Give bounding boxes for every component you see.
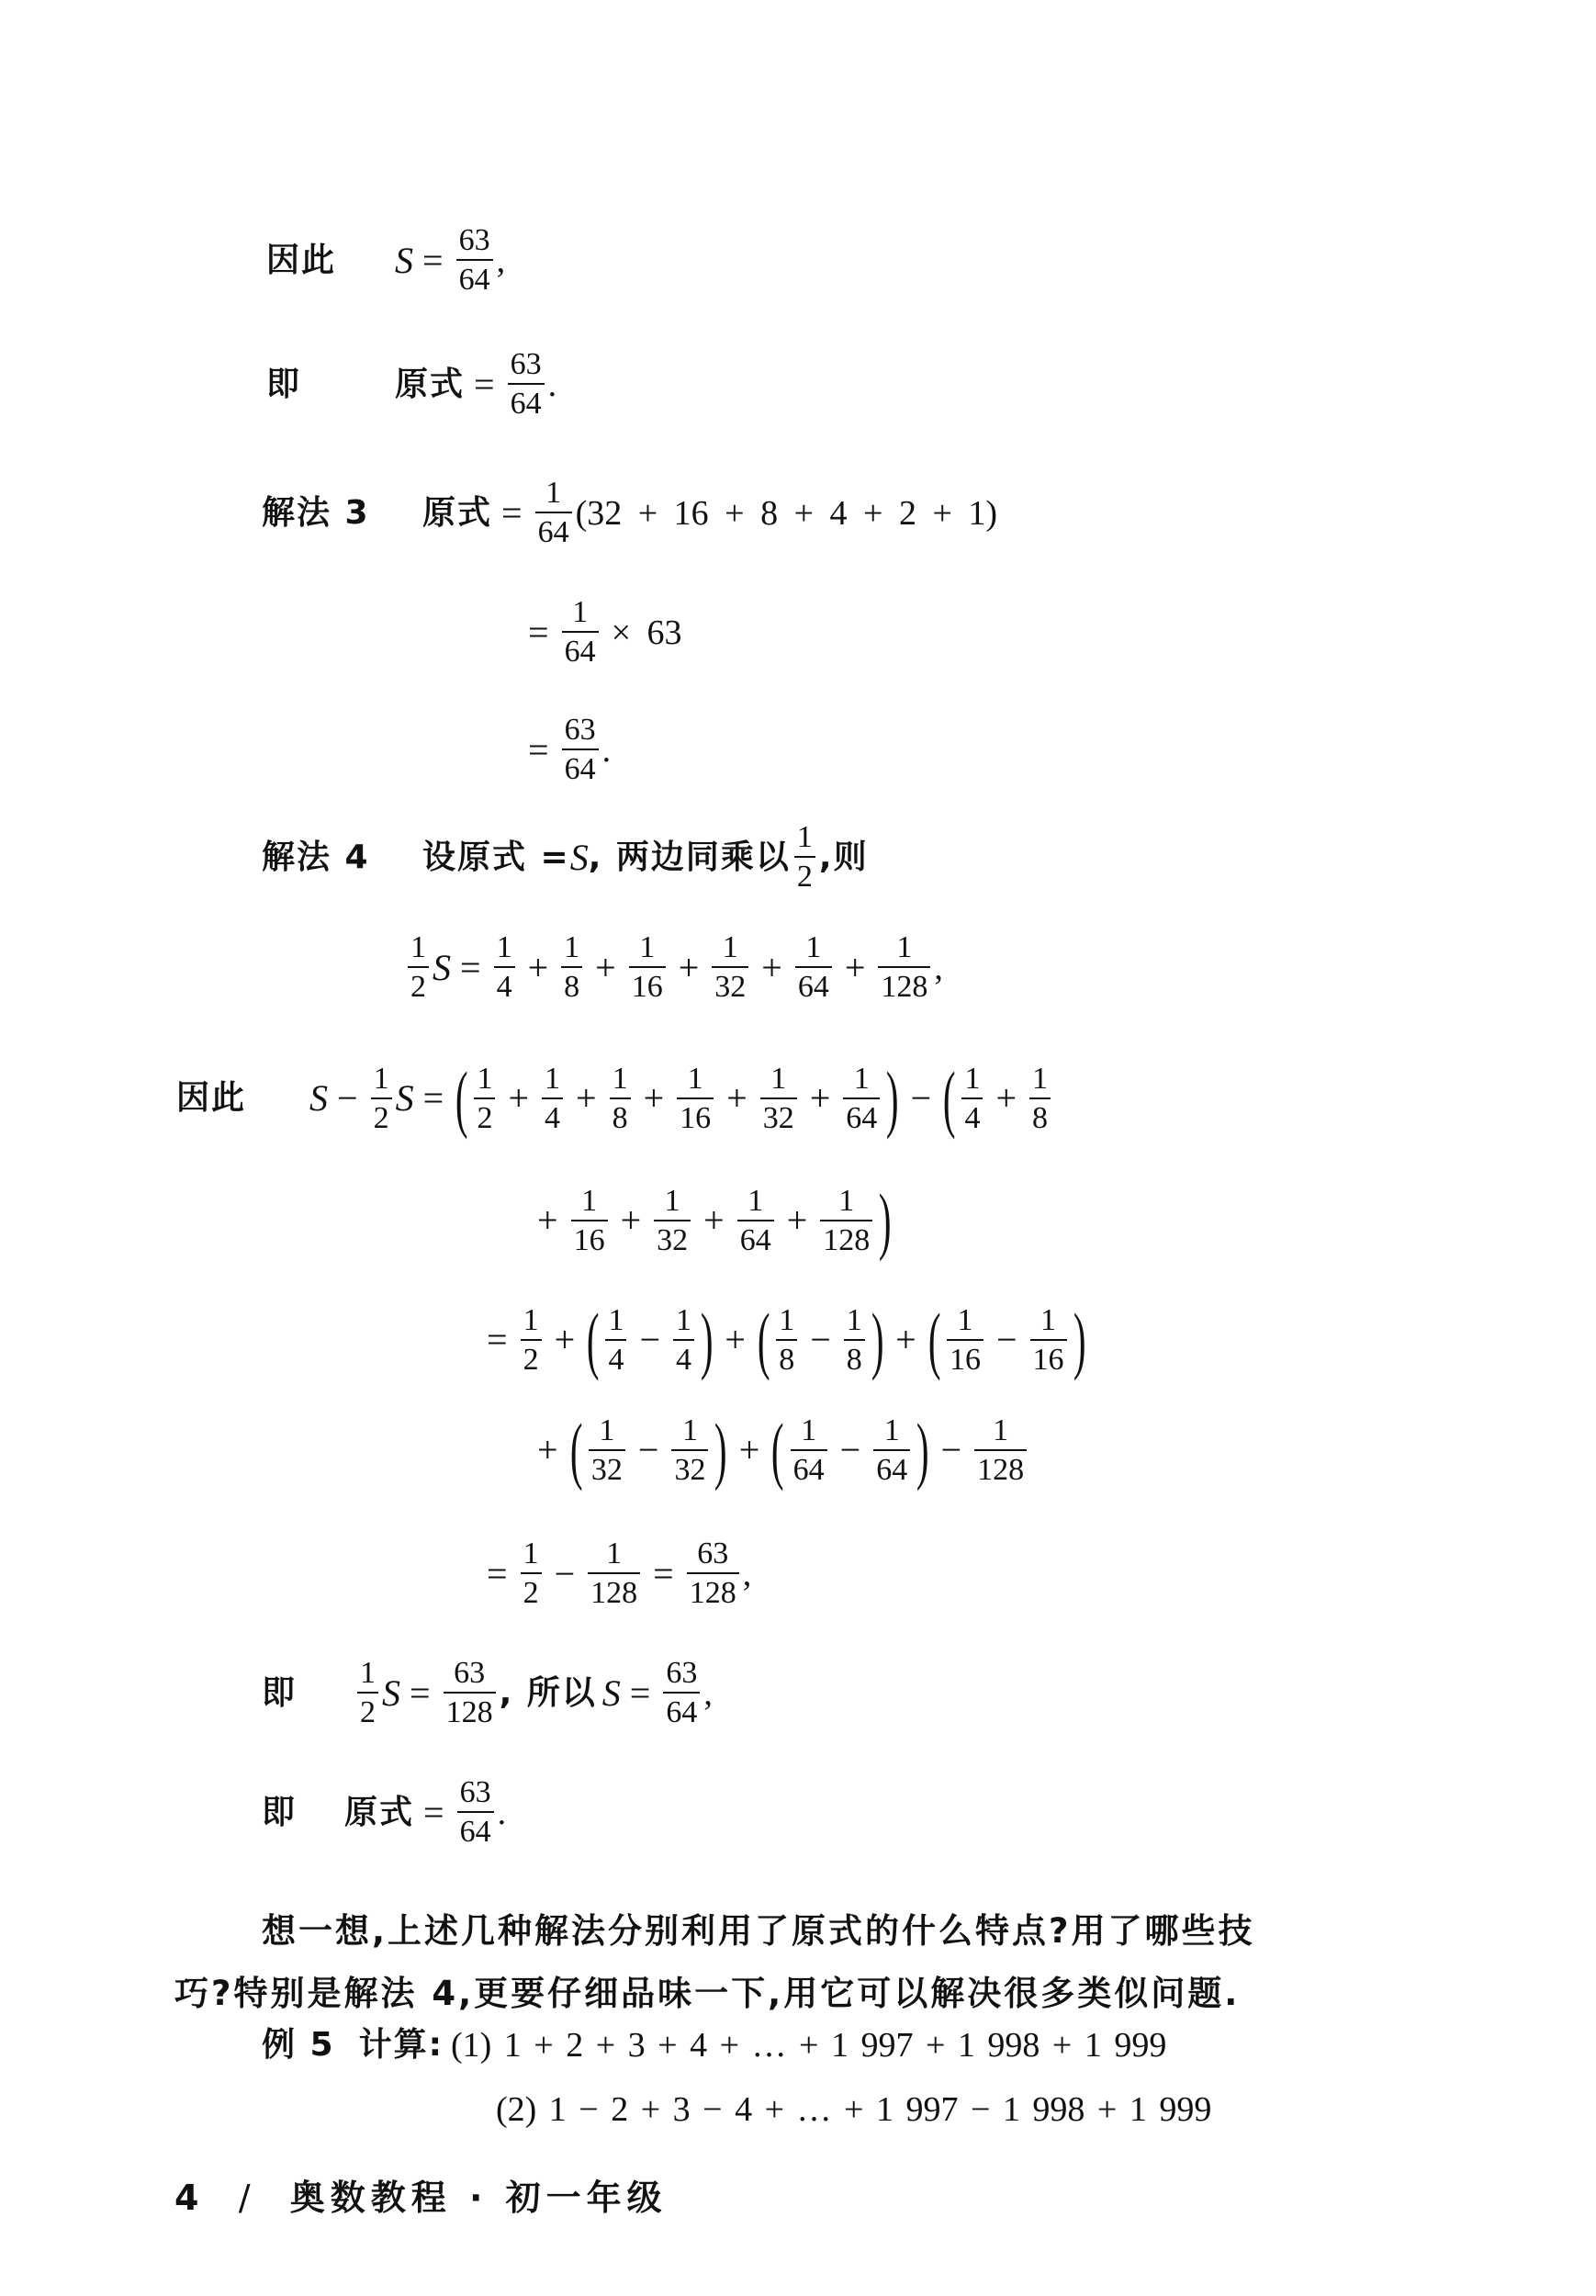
numerator: 1 xyxy=(603,1538,624,1572)
example-5-line-2: (2) 1 − 2 + 3 − 4 + … + 1 997 − 1 998 + … xyxy=(496,2092,1211,2127)
numerator: 63 xyxy=(562,715,599,748)
numerator: 1 xyxy=(685,1064,706,1097)
denominator: 4 xyxy=(605,1339,626,1376)
denominator: 64 xyxy=(457,1811,494,1848)
numerator: 1 xyxy=(605,1305,626,1339)
denominator: 128 xyxy=(588,1572,640,1609)
punctuation: . xyxy=(548,367,557,402)
page-footer: 4 / 奥数教程 · 初一年级 xyxy=(174,2169,668,2220)
fraction: 132 xyxy=(589,1415,625,1486)
var-s: S xyxy=(433,950,451,986)
difference-equation-line-2: + 116 + 132 + 164 + 1128 ) xyxy=(528,1183,894,1258)
original-expression: 原式 xyxy=(422,497,492,530)
denominator: 16 xyxy=(1030,1339,1067,1376)
reflection-paragraph-line-1: 想一想,上述几种解法分别利用了原式的什么特点?用了哪些技 xyxy=(262,1903,1255,1953)
numerator: 1 xyxy=(745,1186,766,1220)
plus-sign: + xyxy=(810,1080,831,1117)
page-number: 4 xyxy=(174,2178,204,2218)
right-paren: ) xyxy=(871,1302,884,1378)
numerator: 1 xyxy=(803,932,824,966)
plus-sign: + xyxy=(703,1202,725,1239)
label-therefore: 因此 xyxy=(176,1082,309,1115)
equals-sign: = xyxy=(422,242,444,279)
numerator: 1 xyxy=(836,1186,857,1220)
numerator: 1 xyxy=(521,1538,542,1572)
denominator: 2 xyxy=(794,856,815,893)
fraction: 164 xyxy=(795,932,832,1003)
fraction: 1128 xyxy=(820,1186,872,1256)
denominator: 4 xyxy=(494,966,515,1003)
reflection-paragraph-line-2: 巧?特别是解法 4,更要仔细品味一下,用它可以解决很多类似问题. xyxy=(174,1965,1240,2015)
denominator: 16 xyxy=(947,1339,983,1376)
denominator: 128 xyxy=(820,1220,872,1256)
minus-sign: − xyxy=(911,1080,932,1117)
fraction: 63 64 xyxy=(456,225,493,296)
denominator: 64 xyxy=(737,1220,774,1256)
fraction: 14 xyxy=(542,1064,563,1134)
denominator: 32 xyxy=(671,1449,708,1486)
numerator: 63 xyxy=(694,1538,731,1572)
denominator: 8 xyxy=(1029,1097,1051,1134)
left-paren: ( xyxy=(455,1061,468,1136)
fraction: 164 xyxy=(737,1186,774,1256)
denominator: 64 xyxy=(535,512,572,548)
plus-sign: + xyxy=(621,1202,642,1239)
plus-sign: + xyxy=(644,1080,665,1117)
result-line: = 12 − 1128 = 63128 , xyxy=(478,1538,751,1609)
fraction: 18 xyxy=(610,1064,631,1134)
numerator: 1 xyxy=(720,932,741,966)
label-ie: 即 xyxy=(262,1677,354,1710)
example-5-line-1: 例 5 计算: (1) 1 + 2 + 3 + 4 + … + 1 997 + … xyxy=(262,2028,1166,2063)
equation-line-therefore-s: 因此 S = 63 64 , xyxy=(266,225,505,296)
minus-sign: − xyxy=(337,1080,358,1117)
footer-separator: / xyxy=(239,2178,256,2218)
parenthesized-sum: (32 + 16 + 8 + 4 + 2 + 1) xyxy=(576,496,997,531)
plus-sign: + xyxy=(555,1322,576,1358)
equals-sign: = xyxy=(474,366,495,403)
left-paren: ( xyxy=(587,1302,600,1378)
denominator: 32 xyxy=(654,1220,691,1256)
fraction: 1 64 xyxy=(535,478,572,548)
numerator: 1 xyxy=(851,1064,872,1097)
plus-sign: + xyxy=(537,1432,558,1469)
fraction: 1128 xyxy=(878,932,930,1003)
numerator: 1 xyxy=(610,1064,631,1097)
plus-sign: + xyxy=(739,1432,760,1469)
plus-sign: + xyxy=(537,1202,558,1239)
punctuation: , xyxy=(497,243,506,278)
fraction: 164 xyxy=(791,1415,827,1486)
fraction: 116 xyxy=(629,932,666,1003)
var-s: S xyxy=(309,1080,328,1117)
numerator: 63 xyxy=(457,1777,494,1811)
fraction: 132 xyxy=(671,1415,708,1486)
equals-sign: = xyxy=(423,1795,444,1831)
denominator: 8 xyxy=(561,966,582,1003)
left-paren: ( xyxy=(569,1412,582,1488)
solution-4-label: 解法 4 xyxy=(262,841,422,874)
right-paren: ) xyxy=(714,1412,727,1488)
regroup-line-2: + ( 132 − 132 ) + ( 164 − 164 ) − 1128 xyxy=(528,1412,1030,1488)
fraction: 132 xyxy=(654,1186,691,1256)
equals-sign: = xyxy=(423,1080,444,1117)
solution-3-label: 解法 3 xyxy=(262,497,422,530)
denominator: 2 xyxy=(474,1097,495,1134)
minus-sign: − xyxy=(639,1322,660,1358)
let-text: 设原式 = xyxy=(422,841,570,874)
numerator: 1 xyxy=(882,1415,903,1449)
plus-sign: + xyxy=(845,950,866,986)
right-paren: ) xyxy=(886,1061,899,1136)
fraction: 12 xyxy=(371,1064,392,1134)
equals-sign: = xyxy=(501,495,523,532)
numerator: 1 xyxy=(408,932,429,966)
fraction: 116 xyxy=(1030,1305,1067,1376)
numerator: 1 xyxy=(474,1064,495,1097)
fraction: 116 xyxy=(947,1305,983,1376)
minus-sign: − xyxy=(638,1432,659,1469)
equals-sign: = xyxy=(410,1675,431,1712)
example-5-item-1: (1) 1 + 2 + 3 + 4 + … + 1 997 + 1 998 + … xyxy=(451,2028,1166,2063)
denominator: 2 xyxy=(521,1572,542,1609)
numerator: 1 xyxy=(596,1415,617,1449)
fraction: 116 xyxy=(677,1064,714,1134)
numerator: 1 xyxy=(673,1305,694,1339)
numerator: 1 xyxy=(521,1305,542,1339)
equals-sign: = xyxy=(653,1556,674,1593)
numerator: 1 xyxy=(894,932,915,966)
book-title: 奥数教程 · 初一年级 xyxy=(290,2178,668,2218)
punctuation: , xyxy=(743,1557,752,1592)
equals-sign: = xyxy=(487,1322,508,1358)
left-paren: ( xyxy=(927,1302,940,1378)
numerator: 1 xyxy=(357,1658,378,1692)
minus-sign: − xyxy=(555,1556,576,1593)
punctuation: . xyxy=(498,1795,507,1830)
fraction: 18 xyxy=(776,1305,797,1376)
numerator: 1 xyxy=(1038,1305,1059,1339)
denominator: 4 xyxy=(961,1097,983,1134)
numerator: 1 xyxy=(1029,1064,1051,1097)
right-paren: ) xyxy=(1073,1302,1085,1378)
original-expression: 原式 xyxy=(395,368,465,401)
right-paren: ) xyxy=(701,1302,714,1378)
denominator: 2 xyxy=(371,1097,392,1134)
fraction: 63 64 xyxy=(562,715,599,785)
numerator: 1 xyxy=(844,1305,865,1339)
plus-sign: + xyxy=(679,950,700,986)
fraction: 1 2 xyxy=(408,932,429,1003)
denominator: 128 xyxy=(444,1692,496,1728)
var-s: S xyxy=(382,1675,400,1712)
fraction: 164 xyxy=(873,1415,910,1486)
equation-line-original-equals: 即 原式 = 63 64 . xyxy=(266,349,556,420)
fraction: 6364 xyxy=(663,1658,700,1728)
numerator: 1 xyxy=(542,1064,563,1097)
var-s: S xyxy=(602,1675,621,1712)
numerator: 63 xyxy=(456,225,493,259)
denominator: 32 xyxy=(589,1449,625,1486)
fraction: 6364 xyxy=(457,1777,494,1848)
fraction: 164 xyxy=(843,1064,880,1134)
numerator: 1 xyxy=(794,822,815,856)
punctuation: , xyxy=(703,1676,713,1711)
example-5-item-2: (2) 1 − 2 + 3 − 4 + … + 1 997 − 1 998 + … xyxy=(496,2092,1211,2127)
plus-sign: + xyxy=(895,1322,916,1358)
fraction: 12 xyxy=(357,1658,378,1728)
numerator: 1 xyxy=(569,597,590,631)
label-ie: 即 xyxy=(262,1796,344,1829)
denominator: 64 xyxy=(562,748,599,785)
denominator: 16 xyxy=(629,966,666,1003)
var-s: S xyxy=(570,839,589,876)
fraction: 12 xyxy=(521,1305,542,1376)
minus-sign: − xyxy=(941,1432,962,1469)
numerator: 1 xyxy=(543,478,564,512)
numerator: 1 xyxy=(662,1186,683,1220)
then-text: ,则 xyxy=(819,841,869,874)
left-paren: ( xyxy=(758,1302,770,1378)
fraction: 63 64 xyxy=(508,349,545,420)
fraction: 14 xyxy=(494,932,515,1003)
numerator: 1 xyxy=(990,1415,1011,1449)
denominator: 8 xyxy=(776,1339,797,1376)
denominator: 2 xyxy=(408,966,429,1003)
fraction: 18 xyxy=(561,932,582,1003)
plus-sign: + xyxy=(726,1080,747,1117)
compute-prompt: 计算: xyxy=(359,2029,444,2062)
regroup-line-1: = 12 + ( 14 − 14 ) + ( 18 − 18 ) + ( 116… xyxy=(478,1302,1088,1378)
denominator: 64 xyxy=(843,1097,880,1134)
equals-sign: = xyxy=(528,614,549,651)
numerator: 1 xyxy=(961,1064,983,1097)
denominator: 128 xyxy=(878,966,930,1003)
plus-sign: + xyxy=(528,950,549,986)
numerator: 63 xyxy=(508,349,545,383)
denominator: 64 xyxy=(795,966,832,1003)
plus-sign: + xyxy=(995,1080,1017,1117)
solution-3-line: 解法 3 原式 = 1 64 (32 + 16 + 8 + 4 + 2 + 1) xyxy=(262,478,997,548)
numerator: 1 xyxy=(798,1415,819,1449)
plus-sign: + xyxy=(761,950,782,986)
original-expression: 原式 xyxy=(344,1796,414,1829)
denominator: 16 xyxy=(677,1097,714,1134)
numerator: 1 xyxy=(636,932,658,966)
numerator: 1 xyxy=(954,1305,975,1339)
numerator: 1 xyxy=(494,932,515,966)
punctuation: . xyxy=(602,733,612,768)
solution-3-step-2: = 1 64 × 63 xyxy=(519,597,682,668)
var-s: S xyxy=(396,1080,414,1117)
numerator: 1 xyxy=(680,1415,701,1449)
denominator: 4 xyxy=(542,1097,563,1134)
solution-4-line: 解法 4 设原式 = S , 两边同乘以 1 2 ,则 xyxy=(262,822,869,893)
label-therefore: 因此 xyxy=(266,244,395,277)
plus-sign: + xyxy=(508,1080,529,1117)
minus-sign: − xyxy=(810,1322,831,1358)
plus-sign: + xyxy=(595,950,616,986)
fraction: 63128 xyxy=(687,1538,739,1609)
left-paren: ( xyxy=(771,1412,784,1488)
conclusion-line: 即 12 S = 63128 , 所以 S = 6364 , xyxy=(262,1658,713,1728)
minus-sign: − xyxy=(996,1322,1017,1358)
denominator: 32 xyxy=(760,1097,797,1134)
equals-sign: = xyxy=(630,1675,651,1712)
fraction: 1128 xyxy=(974,1415,1027,1486)
fraction: 14 xyxy=(673,1305,694,1376)
solution-3-step-3: = 63 64 . xyxy=(519,715,611,785)
numerator: 1 xyxy=(579,1186,600,1220)
left-paren: ( xyxy=(943,1061,956,1136)
denominator: 64 xyxy=(791,1449,827,1486)
punctuation: , xyxy=(934,951,943,985)
numerator: 63 xyxy=(451,1658,488,1692)
half-s-equation: 1 2 S = 14 + 18 + 116 + 132 + 164 + 1128… xyxy=(404,932,943,1003)
fraction: 1 2 xyxy=(794,822,815,893)
numerator: 1 xyxy=(371,1064,392,1097)
fraction: 18 xyxy=(1029,1064,1051,1134)
fraction: 63128 xyxy=(444,1658,496,1728)
fraction: 14 xyxy=(605,1305,626,1376)
denominator: 2 xyxy=(357,1692,378,1728)
var-s: S xyxy=(395,242,413,279)
fraction: 132 xyxy=(760,1064,797,1134)
label-ie: 即 xyxy=(266,368,395,401)
numerator: 1 xyxy=(776,1305,797,1339)
fraction: 14 xyxy=(961,1064,983,1134)
times-63: × 63 xyxy=(612,615,682,650)
numerator: 63 xyxy=(663,1658,700,1692)
fraction: 12 xyxy=(474,1064,495,1134)
denominator: 64 xyxy=(508,383,545,420)
denominator: 64 xyxy=(456,259,493,296)
plus-sign: + xyxy=(725,1322,746,1358)
fraction: 18 xyxy=(844,1305,865,1376)
example-5-label: 例 5 xyxy=(262,2029,335,2062)
right-paren: ) xyxy=(879,1183,892,1258)
numerator: 1 xyxy=(768,1064,789,1097)
plus-sign: + xyxy=(576,1080,597,1117)
equals-sign: = xyxy=(460,950,481,986)
equals-sign: = xyxy=(528,732,549,769)
denominator: 64 xyxy=(873,1449,910,1486)
numerator: 1 xyxy=(561,932,582,966)
denominator: 8 xyxy=(844,1339,865,1376)
fraction: 12 xyxy=(521,1538,542,1609)
denominator: 2 xyxy=(521,1339,542,1376)
right-paren: ) xyxy=(916,1412,929,1488)
fraction: 1128 xyxy=(588,1538,640,1609)
final-line: 即 原式 = 6364 . xyxy=(262,1777,506,1848)
denominator: 128 xyxy=(974,1449,1027,1486)
denominator: 128 xyxy=(687,1572,739,1609)
so-text: , 所以 xyxy=(500,1677,597,1710)
denominator: 8 xyxy=(610,1097,631,1134)
equals-sign: = xyxy=(487,1556,508,1593)
denominator: 4 xyxy=(673,1339,694,1376)
minus-sign: − xyxy=(840,1432,861,1469)
denominator: 32 xyxy=(712,966,748,1003)
fraction: 132 xyxy=(712,932,748,1003)
plus-sign: + xyxy=(787,1202,808,1239)
fraction: 116 xyxy=(571,1186,608,1256)
denominator: 64 xyxy=(663,1692,700,1728)
denominator: 16 xyxy=(571,1220,608,1256)
denominator: 64 xyxy=(562,631,599,668)
fraction: 1 64 xyxy=(562,597,599,668)
multiply-text: , 两边同乘以 xyxy=(589,841,791,874)
difference-equation-line-1: 因此 S − 12 S = ( 12 + 14 + 18 + 116 + 132… xyxy=(176,1061,1054,1136)
